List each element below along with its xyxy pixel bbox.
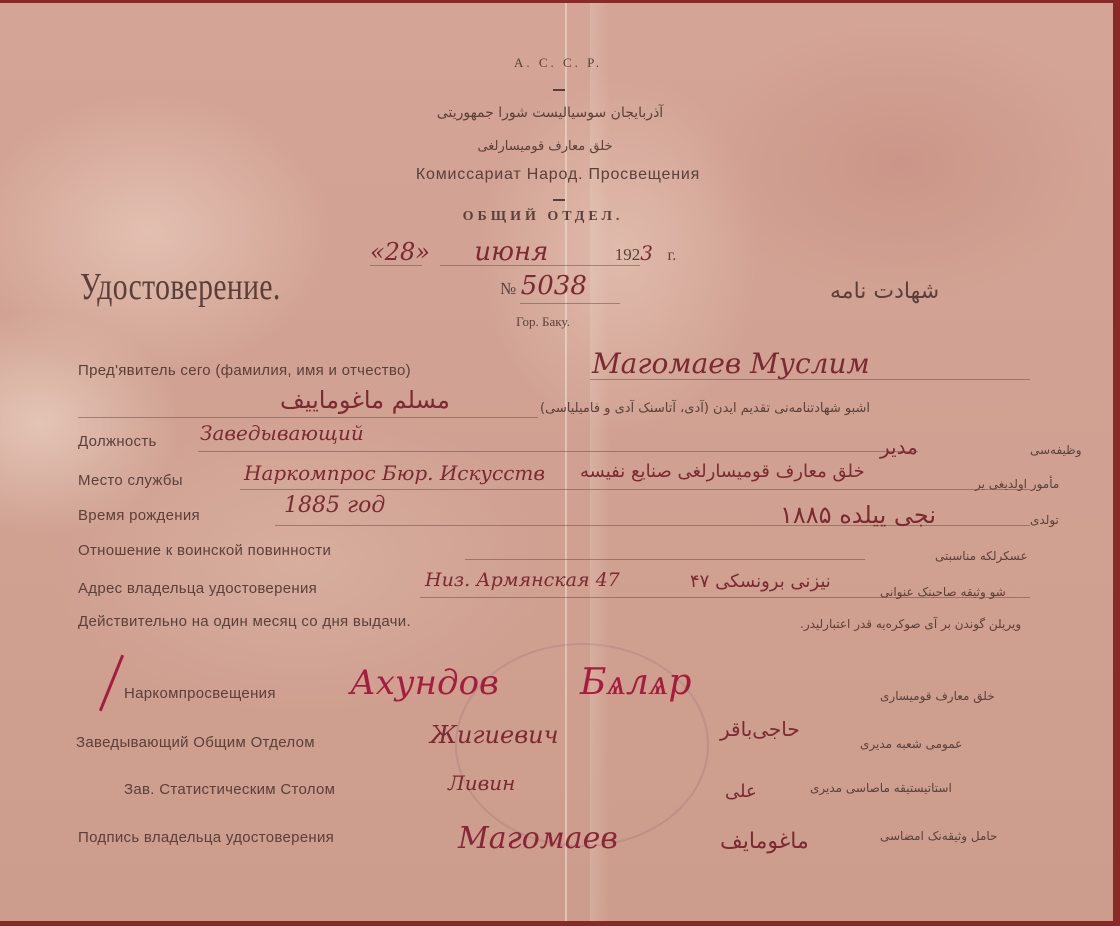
- number-label: №: [500, 279, 516, 298]
- field-value-bearer-arabic: مسلم ماغوماییف: [280, 386, 450, 414]
- field-value-position: Заведывающий: [200, 421, 364, 445]
- signature-label-general-dept: Заведывающий Общим Отделом: [76, 734, 315, 751]
- field-label-position-arabic: وظیفه‌سی: [1030, 443, 1082, 457]
- number-value: 5038: [521, 271, 587, 301]
- document-title-arabic: شهادت نامه: [830, 279, 939, 304]
- city: Гор. Баку.: [516, 314, 570, 330]
- divider: [553, 199, 565, 201]
- signature-holder-arabic: ماغومایف: [720, 829, 809, 854]
- field-label-birth-arabic: تولدی: [1030, 513, 1059, 527]
- field-value-birth: 1885 год: [284, 493, 385, 518]
- date-line: [370, 265, 422, 266]
- republic-abbr: А. С. С. Р.: [514, 55, 602, 71]
- field-line: [590, 379, 1030, 380]
- signature-statistics: Ливин: [448, 771, 515, 795]
- signature-statistics-arabic: علی: [725, 781, 757, 802]
- issue-date: «28» июня 1923 г.: [370, 237, 676, 267]
- date-line: [440, 265, 640, 266]
- field-label-position: Должность: [78, 433, 157, 450]
- department-title: ОБЩИЙ ОТДЕЛ.: [463, 209, 624, 225]
- signature-holder: Магомаев: [458, 821, 618, 856]
- divider: [553, 89, 565, 91]
- signature-commissar: Ахундов: [350, 663, 499, 703]
- field-value-address: Низ. Армянская 47: [425, 569, 620, 591]
- signature-commissar-2: Бѧлѧр: [580, 661, 691, 703]
- commissariat-title: Комиссариат Народ. Просвещения: [416, 166, 700, 184]
- field-value-position-arabic: مدیر: [880, 435, 918, 459]
- signature-label-commissar: Наркомпросвещения: [124, 685, 276, 702]
- field-label-military: Отношение к воинской повинности: [78, 542, 331, 559]
- field-line: [198, 451, 918, 452]
- signature-label-commissar-arabic: خلق معارف قومیساری: [880, 689, 995, 703]
- signature-general-dept-arabic: حاجی‌باقر: [720, 717, 800, 741]
- signature-label-statistics-arabic: استاتیستیقه ماصاسی مدیری: [810, 781, 952, 795]
- date-year-prefix: 192: [615, 245, 641, 264]
- field-label-birth: Время рождения: [78, 507, 200, 524]
- signature-general-dept: Жигиевич: [430, 721, 559, 749]
- red-pencil-mark: [99, 655, 124, 712]
- date-month: июня: [474, 237, 548, 267]
- date-year-suffix: г.: [667, 247, 676, 264]
- certificate-document: А. С. С. Р. آذربایجان سوسیالیست شورا جمه…: [0, 3, 1113, 921]
- field-label-military-arabic: عسکرلکه مناسبتی: [935, 549, 1028, 563]
- republic-arabic: آذربایجان سوسیالیست شورا جمهوریتی: [437, 105, 663, 121]
- date-year-hand: 3: [640, 241, 653, 265]
- field-value-workplace-arabic: خلق معارف قومیسارلغی صنایع نفیسه: [580, 461, 865, 482]
- certificate-number: № 5038: [500, 271, 587, 301]
- document-title: Удостоверение.: [80, 265, 281, 309]
- number-line: [520, 303, 620, 304]
- field-label-address-arabic: شو وثیقه صاحبنک عنوانی: [880, 585, 1006, 599]
- field-label-address: Адрес владельца удостоверения: [78, 580, 317, 597]
- field-value-workplace: Наркомпрос Бюр. Искусств: [244, 461, 545, 485]
- signature-label-general-dept-arabic: عمومی شعبه مدیری: [860, 737, 962, 751]
- signature-label-statistics: Зав. Статистическим Столом: [124, 781, 335, 798]
- field-value-birth-arabic: ۱۸۸۵ نجی ییلده: [780, 501, 936, 529]
- field-label-workplace-arabic: مأمور اولدیغی یر: [975, 477, 1059, 491]
- validity-note: Действительно на один месяц со дня выдач…: [78, 613, 411, 630]
- field-line: [465, 559, 865, 560]
- field-line: [240, 489, 1030, 490]
- signature-label-holder: Подпись владельца удостоверения: [78, 829, 334, 846]
- field-line: [78, 417, 538, 418]
- field-value-address-arabic: نیزنی برونسکی ۴۷: [690, 571, 831, 592]
- signature-label-holder-arabic: حامل وثیقه‌نک امضاسی: [880, 829, 997, 843]
- field-label-workplace: Место службы: [78, 472, 183, 489]
- validity-note-arabic: ویریلن گوندن بر آی صوکره‌یه قدر اعتبارلی…: [800, 617, 1021, 631]
- field-label-bearer: Пред'явитель сего (фамилия, имя и отчест…: [78, 362, 411, 379]
- date-day: «28»: [370, 238, 430, 266]
- field-label-bearer-arabic: اشبو شهادتنامه‌نی تقدیم ایدن (آدی، آتاسن…: [540, 401, 870, 416]
- commissariat-arabic: خلق معارف قومیسارلغی: [477, 139, 612, 154]
- field-value-bearer: Магомаев Муслим: [592, 347, 870, 380]
